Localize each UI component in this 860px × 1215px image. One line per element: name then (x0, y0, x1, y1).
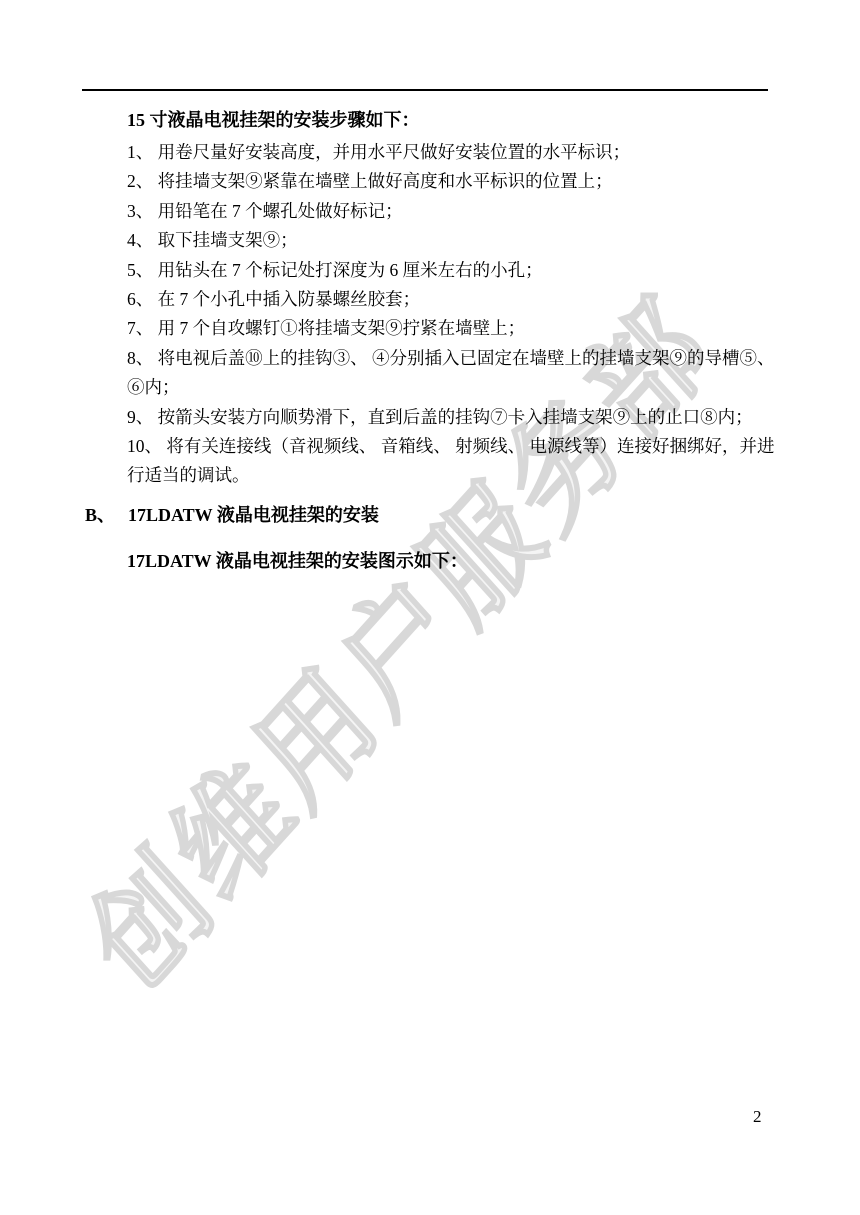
section-a-heading: 15 寸液晶电视挂架的安装步骤如下： (127, 104, 775, 136)
step-item-3: 3、 用铅笔在 7 个螺孔处做好标记； (127, 197, 775, 226)
step-item-1: 1、 用卷尺量好安装高度，并用水平尺做好安装位置的水平标识； (127, 138, 775, 167)
step-item-7: 7、 用 7 个自攻螺钉①将挂墙支架⑨拧紧在墙壁上； (127, 314, 775, 343)
section-b-heading: B、 17LDATW 液晶电视挂架的安装 (85, 500, 785, 530)
step-item-4: 4、 取下挂墙支架⑨； (127, 226, 775, 255)
section-b-title: 17LDATW 液晶电视挂架的安装 (128, 500, 379, 530)
section-b-marker: B、 (85, 500, 128, 530)
step-item-8: 8、 将电视后盖⑩上的挂钩③、 ④分别插入已固定在墙壁上的挂墙支架⑨的导槽⑤、⑥… (127, 344, 775, 403)
step-item-10: 10、 将有关连接线（音视频线、 音箱线、 射频线、 电源线等）连接好捆绑好，并… (127, 432, 775, 491)
step-item-2: 2、 将挂墙支架⑨紧靠在墙壁上做好高度和水平标识的位置上； (127, 167, 775, 196)
section-a: 15 寸液晶电视挂架的安装步骤如下： 1、 用卷尺量好安装高度，并用水平尺做好安… (127, 104, 775, 491)
step-item-6: 6、 在 7 个小孔中插入防暴螺丝胶套； (127, 285, 775, 314)
step-item-9: 9、 按箭头安装方向顺势滑下，直到后盖的挂钩⑦卡入挂墙支架⑨上的止口⑧内； (127, 403, 775, 432)
step-item-5: 5、 用钻头在 7 个标记处打深度为 6 厘米左右的小孔； (127, 256, 775, 285)
section-b-subheading: 17LDATW 液晶电视挂架的安装图示如下： (127, 546, 775, 576)
document-page: 创维用户服务部 15 寸液晶电视挂架的安装步骤如下： 1、 用卷尺量好安装高度，… (0, 0, 860, 1215)
page-number: 2 (753, 1106, 762, 1128)
header-rule (82, 89, 768, 91)
